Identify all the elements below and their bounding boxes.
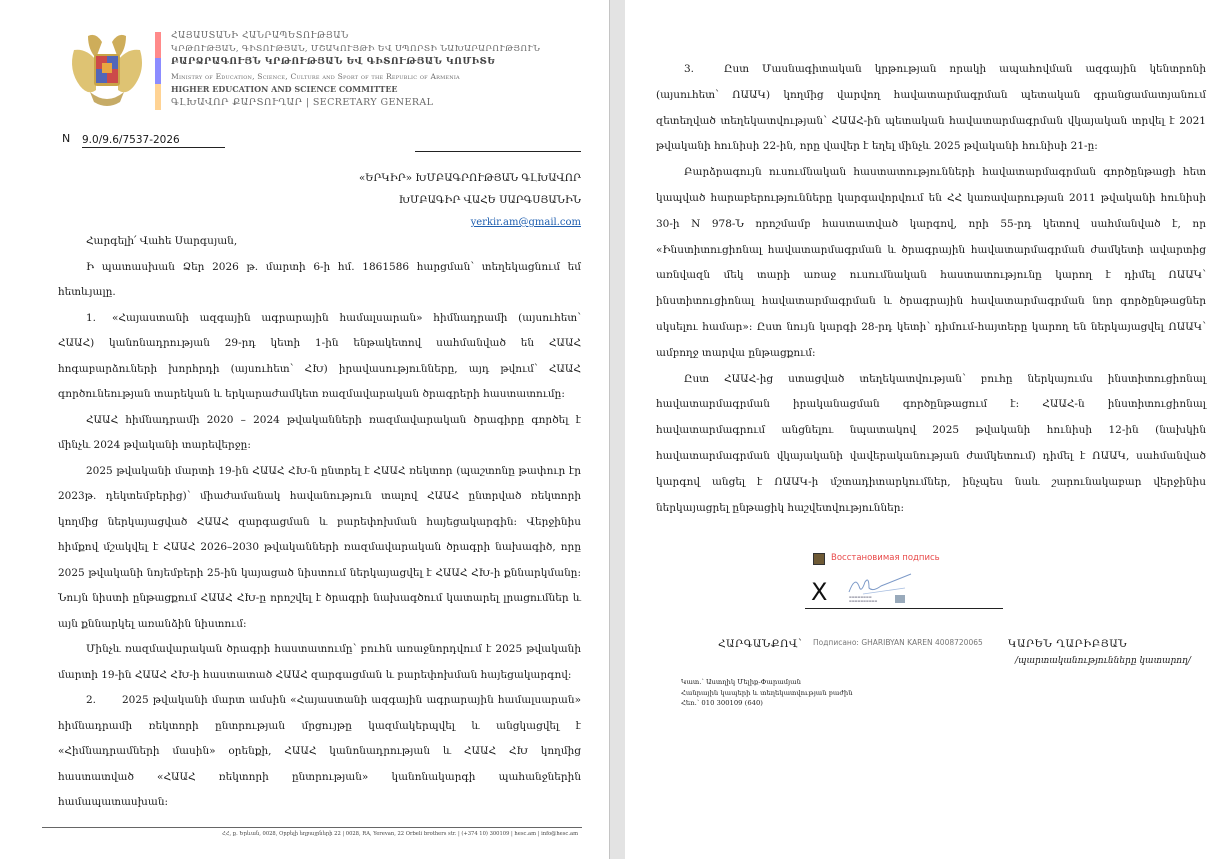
paragraph-item-1: 1.«Հայաստանի ազգային ագրարային համալսարա… <box>58 306 581 408</box>
letterhead-ministry-am: ԿՐԹՈՒԹՅԱՆ, ԳԻՏՈՒԹՅԱՆ, ՄՇԱԿՈՒՅԹԻ ԵՎ ՍՊՈՐՏ… <box>171 43 591 56</box>
addressee-line-2: ԽՄԲԱԳԻՐ ՎԱՀԵ ՍԱՐԳՍՅԱՆԻՆ <box>359 189 581 211</box>
letterhead-ministry-en: Ministry of Education, Science, Culture … <box>171 70 591 83</box>
executor-name: Կատ.՝ Աստղիկ Մելիք-Փարամյան <box>681 677 853 688</box>
signer-title: /պարտականությունները կատարող/ <box>1015 656 1191 666</box>
paragraph-intro: Ի պատասխան Ձեր 2026 թ. մարտի 6-ի հմ. 186… <box>58 255 581 306</box>
paragraph-strategy-2020: ՀԱԱՀ հիմնադրամի 2020 – 2024 թվականների ռ… <box>58 408 581 459</box>
addressee-line-1: «ԵՐԿԻՐ» ԽՄԲԱԳՐՈՒԹՅԱՆ ԳԼԽԱՎՈՐ <box>359 167 581 189</box>
date-line <box>415 151 581 152</box>
signature-field[interactable]: Восстановимая подпись X ▬▬▬▬▬▬▬▬▬▬▬▬▬▬▬▬… <box>805 550 1003 609</box>
executor-department: Հանրային կապերի և տեղեկատվության բաժին <box>681 688 853 699</box>
letter-body-page-1: Հարգելի՛ Վահե Սարգսյան, Ի պատասխան Ձեր 2… <box>58 229 581 816</box>
page-gap <box>609 0 626 859</box>
letterhead-secretary-general: ԳԼԽԱՎՈՐ ՔԱՐՏՈՒՂԱՐ | SECRETARY GENERAL <box>171 96 591 109</box>
paragraph-item-3: 3.Ըստ Մասնագիտական կրթության որակի ապահո… <box>656 57 1206 160</box>
signer-name: ԿԱՐԵՆ ՂԱՐԻԲՅԱՆ <box>1008 638 1127 650</box>
paragraph-item-2: 2.2025 թվականի մարտ ամսին «Հայաստանի ազգ… <box>58 688 581 816</box>
signature-note: Восстановимая подпись <box>831 553 940 563</box>
letter-page-2: 3.Ըստ Մասնագիտական կրթության որակի ապահո… <box>625 0 1230 859</box>
signature-certificate-icon <box>813 553 825 565</box>
letter-page-1: ՀԱՅԱՍՏԱՆԻ ՀԱՆՐԱՊԵՏՈՒԹՅԱՆ ԿՐԹՈՒԹՅԱՆ, ԳԻՏՈ… <box>0 0 609 859</box>
letterhead: ՀԱՅԱՍՏԱՆԻ ՀԱՆՐԱՊԵՏՈՒԹՅԱՆ ԿՐԹՈՒԹՅԱՆ, ԳԻՏՈ… <box>171 30 591 109</box>
letterhead-color-bars <box>155 32 161 110</box>
closing-respect: ՀԱՐԳԱՆՔՈՎ՝ <box>718 638 802 650</box>
addressee-block: «ԵՐԿԻՐ» ԽՄԲԱԳՐՈՒԹՅԱՆ ԳԼԽԱՎՈՐ ԽՄԲԱԳԻՐ ՎԱՀ… <box>359 167 581 234</box>
footer-address: ՀՀ, ք. Երևան, 0028, Օրբելի եղբայրների 22… <box>222 831 578 837</box>
greeting: Հարգելի՛ Վահե Սարգսյան, <box>58 229 581 255</box>
signature-timestamp: ▬▬▬▬▬▬▬▬▬▬▬▬▬▬▬▬▬▬ <box>849 596 877 603</box>
item-3-number: 3. <box>684 57 724 83</box>
item-2-number: 2. <box>86 688 122 714</box>
item-1-number: 1. <box>86 306 112 332</box>
letterhead-committee-am: ԲԱՐՁՐԱԳՈՒՅՆ ԿՐԹՈՒԹՅԱՆ ԵՎ ԳԻՏՈՒԹՅԱՆ ԿՈՄԻՏ… <box>171 56 591 69</box>
paragraph-accreditation-status: Ըստ ՀԱԱՀ-ից ստացված տեղեկատվության՝ բուհ… <box>656 367 1206 522</box>
executor-phone: Հեռ.՝ 010 300109 (640) <box>681 698 853 709</box>
signature-mark: X <box>811 578 827 606</box>
reference-number: 9.0/9.6/7537-2026 <box>82 134 225 148</box>
paragraph-rector-election: 2025 թվականի մարտի 19-ին ՀԱԱՀ ՀԽ-ն ընտրե… <box>58 459 581 638</box>
letterhead-committee-en: HIGHER EDUCATION AND SCIENCE COMMITTEE <box>171 83 591 96</box>
armenia-coat-of-arms-icon <box>66 30 148 112</box>
footer-divider <box>42 827 582 828</box>
signature-stamp-icon <box>895 595 905 603</box>
executor-info: Կատ.՝ Աստղիկ Մելիք-Փարամյան Հանրային կապ… <box>681 677 853 709</box>
paragraph-accreditation-rules: Բարձրագույն ուսումնական հաստատություններ… <box>656 160 1206 366</box>
letterhead-republic: ՀԱՅԱՍՏԱՆԻ ՀԱՆՐԱՊԵՏՈՒԹՅԱՆ <box>171 30 591 43</box>
reference-label: N <box>62 132 70 145</box>
letter-body-page-2: 3.Ըստ Մասնագիտական կրթության որակի ապահո… <box>656 57 1206 521</box>
signed-by: Подписано: GHARIBYAN KAREN 4008720065 <box>813 638 983 647</box>
addressee-email-link[interactable]: yerkir.am@gmail.com <box>471 217 581 228</box>
paragraph-until-approval: Մինչև ռազմավարական ծրագրի հաստատումը՝ բո… <box>58 637 581 688</box>
